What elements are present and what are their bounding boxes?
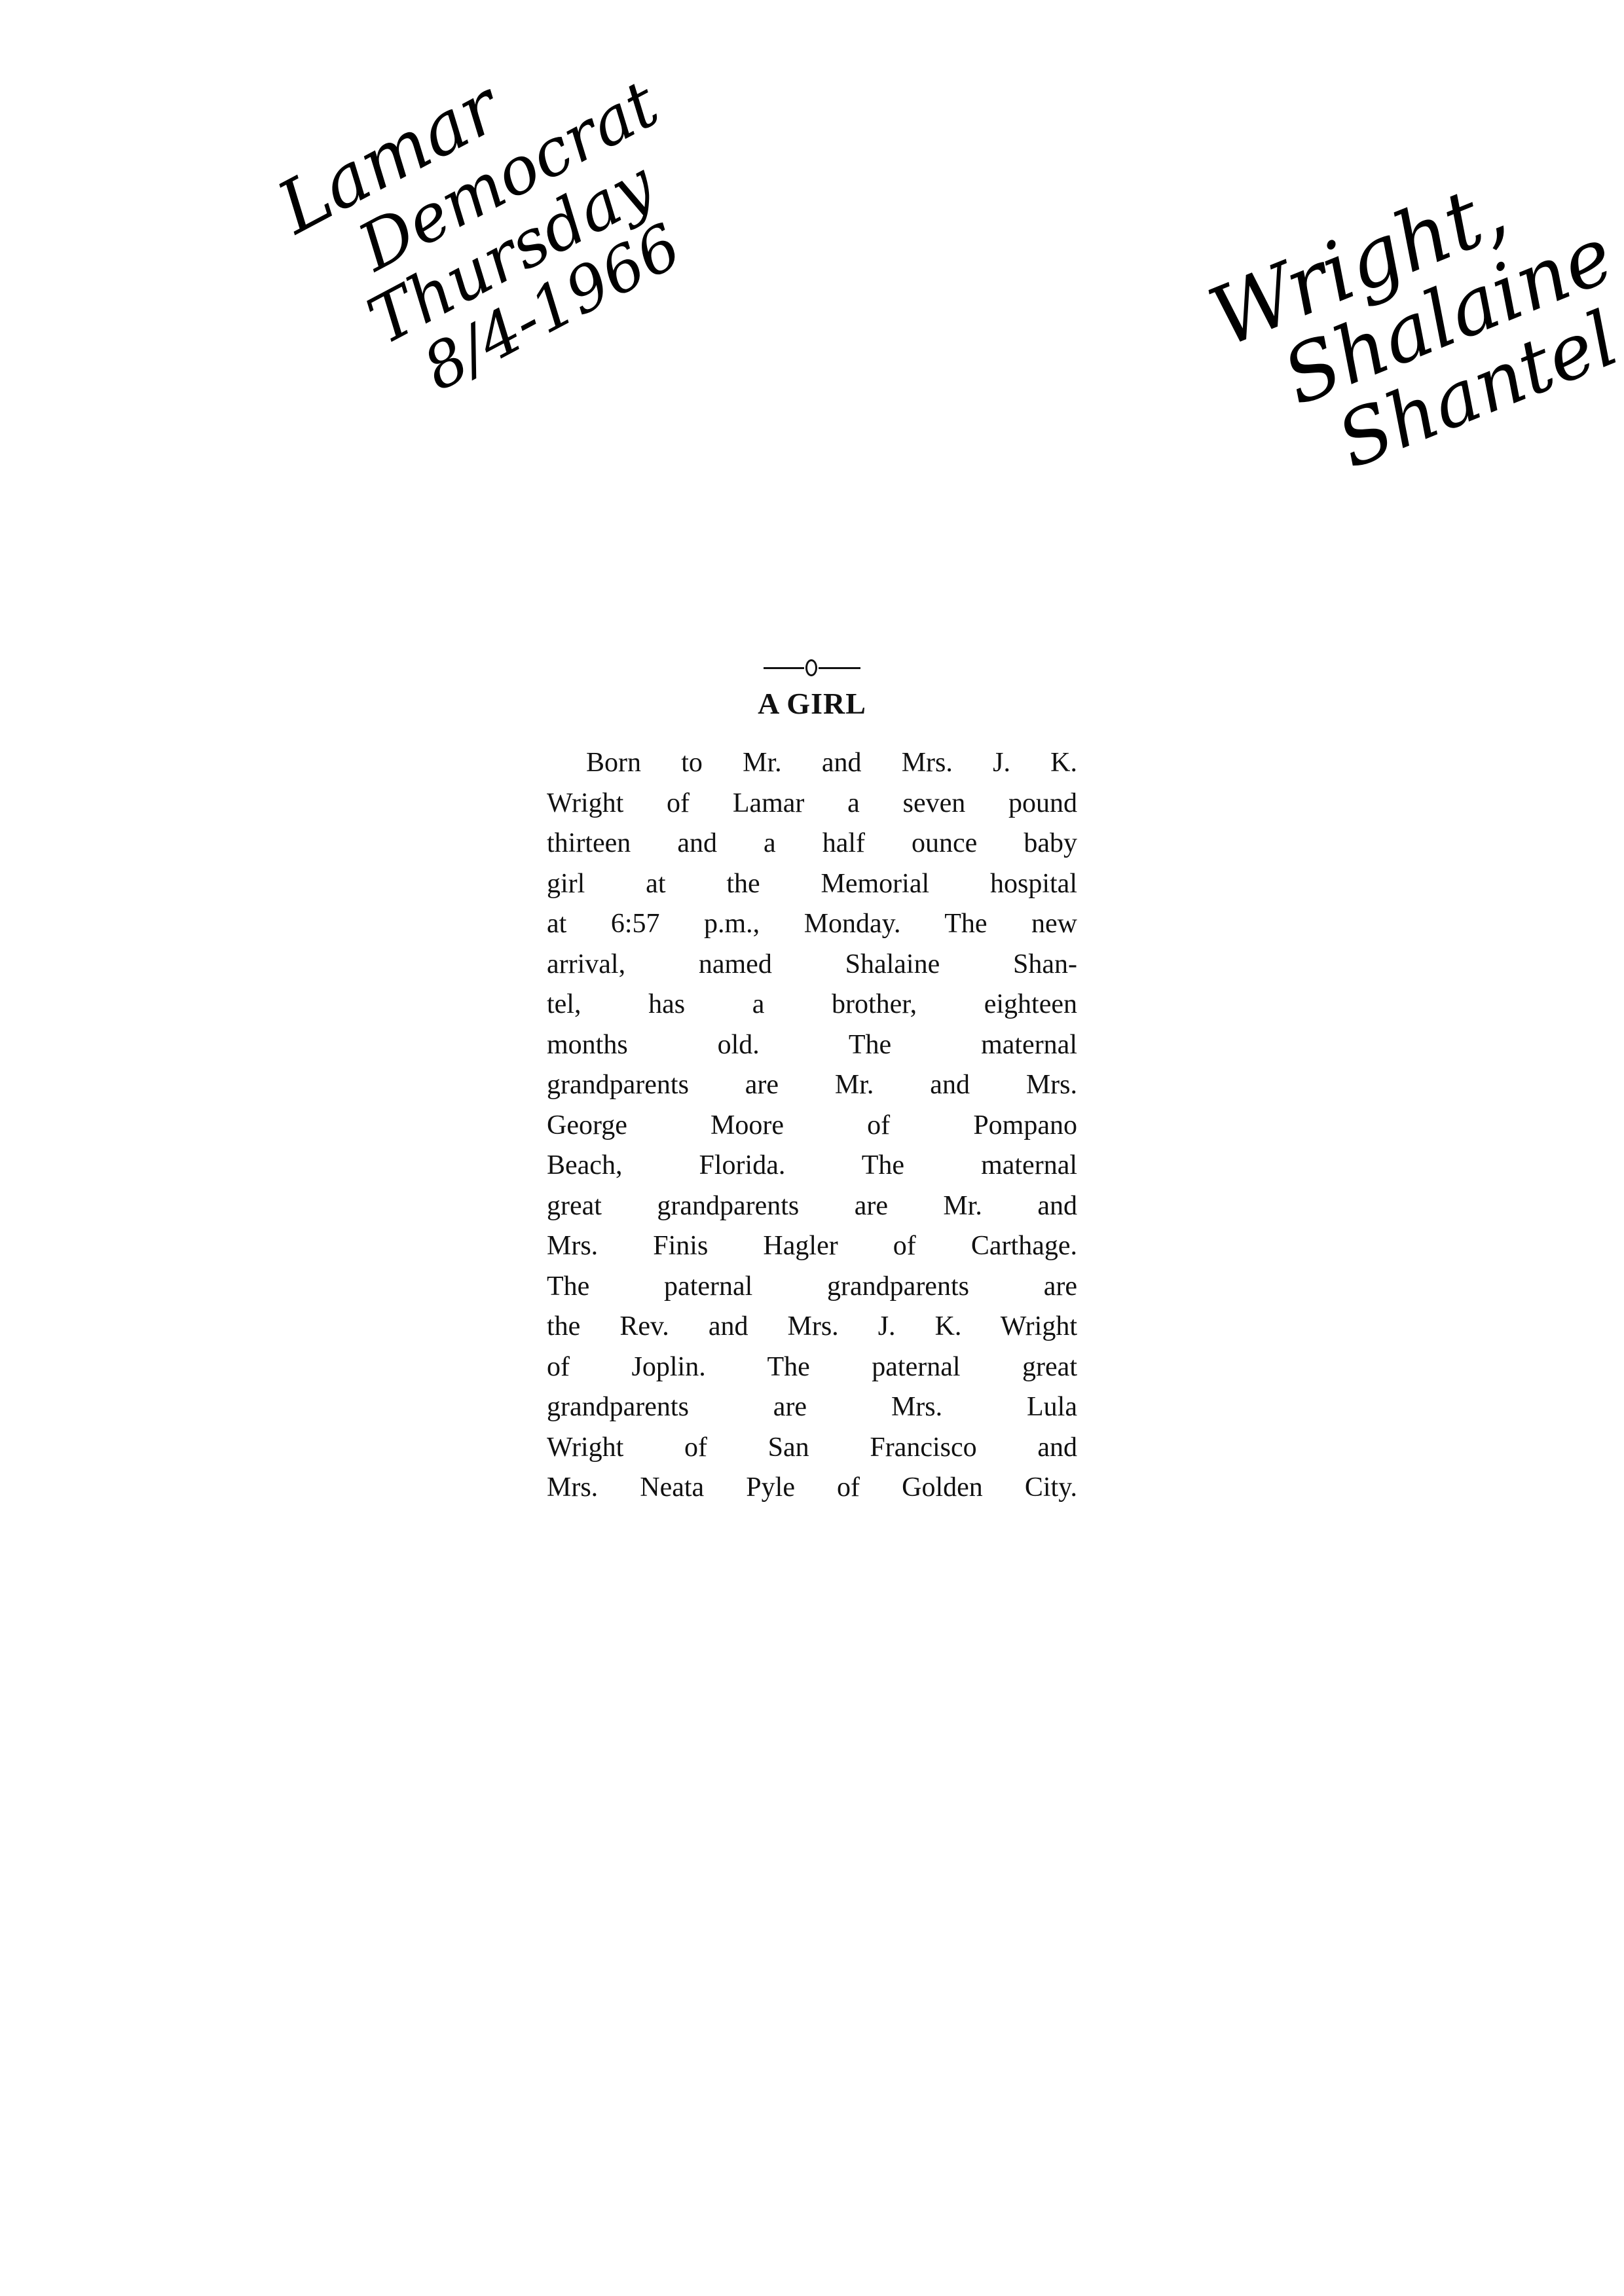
article-body-line: Mrs. Neata Pyle of Golden City. (547, 1468, 1077, 1508)
separator-ornament-icon (805, 659, 817, 676)
separator-rule-left (764, 667, 804, 669)
article-body: Born to Mr. and Mrs. J. K.Wright of Lama… (547, 743, 1077, 1508)
article-body-line: months old. The maternal (547, 1025, 1077, 1066)
article-headline: A GIRL (547, 686, 1077, 721)
article-body-line: the Rev. and Mrs. J. K. Wright (547, 1307, 1077, 1347)
article-body-line: Beach, Florida. The maternal (547, 1146, 1077, 1186)
separator-rule-right (819, 667, 860, 669)
article-body-line: Wright of Lamar a seven pound (547, 784, 1077, 824)
article-body-line: The paternal grandparents are (547, 1267, 1077, 1307)
article-body-line: thirteen and a half ounce baby (547, 824, 1077, 864)
article-body-line: George Moore of Pompano (547, 1106, 1077, 1146)
article-body-line: arrival, named Shalaine Shan- (547, 945, 1077, 985)
newspaper-clipping: A GIRL Born to Mr. and Mrs. J. K.Wright … (547, 655, 1077, 1508)
article-body-line: great grandparents are Mr. and (547, 1186, 1077, 1227)
article-body-line: Wright of San Francisco and (547, 1428, 1077, 1468)
article-body-line: at 6:57 p.m., Monday. The new (547, 904, 1077, 945)
handwritten-source-note: Lamar Democrat Thursday 8/4-1966 (242, 0, 731, 438)
article-body-line: grandparents are Mr. and Mrs. (547, 1065, 1077, 1106)
handwritten-subject-note: Wright, Shalaine Shantel (1198, 135, 1624, 507)
article-body-line: Born to Mr. and Mrs. J. K. (547, 743, 1077, 784)
article-body-line: girl at the Memorial hospital (547, 864, 1077, 905)
article-body-line: grandparents are Mrs. Lula (547, 1387, 1077, 1428)
section-separator (547, 655, 1077, 681)
article-body-line: tel, has a brother, eighteen (547, 985, 1077, 1025)
article-body-line: of Joplin. The paternal great (547, 1347, 1077, 1388)
article-body-line: Mrs. Finis Hagler of Carthage. (547, 1226, 1077, 1267)
